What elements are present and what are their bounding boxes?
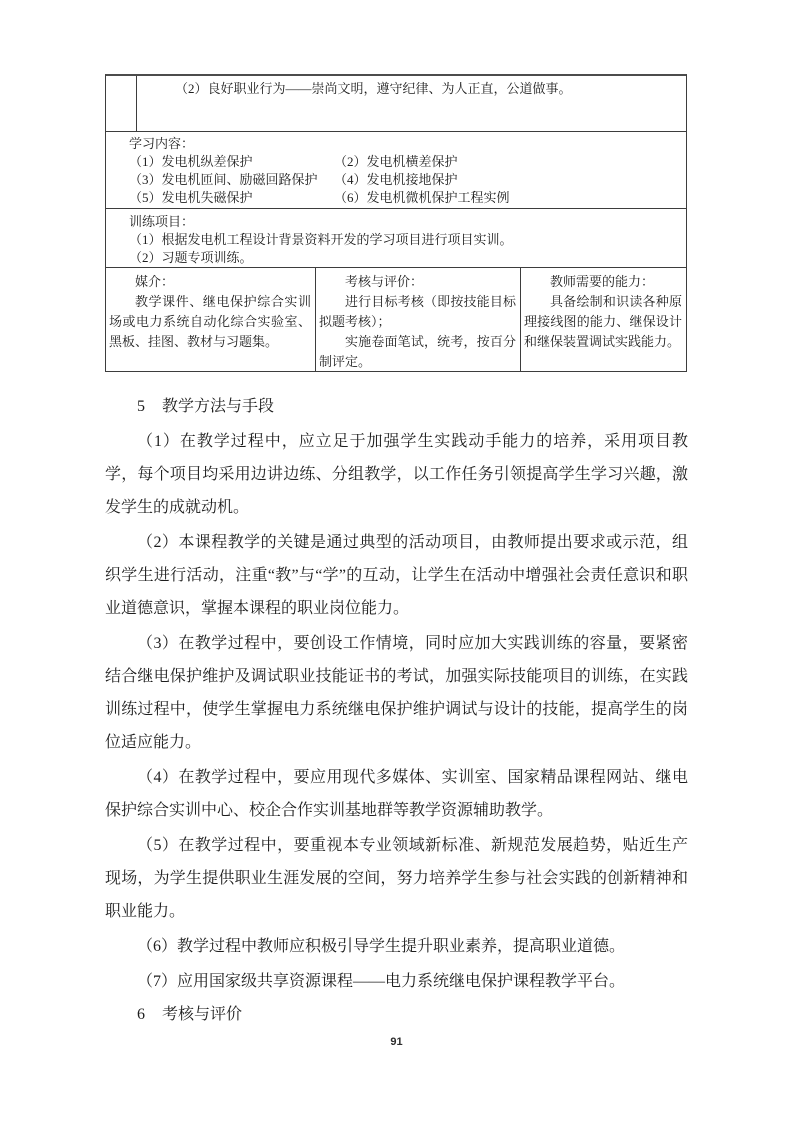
empty-side-cell <box>106 76 137 131</box>
learning-item: （2）发电机横差保护 <box>334 153 458 171</box>
teaching-method-paragraph: （5）在教学过程中，要重视本专业领域新标准、新规范发展趋势，贴近生产现场，为学生… <box>105 829 688 928</box>
assessment-cell: 考核与评价： 进行目标考核（即按技能目标拟题考核）； 实施卷面笔试，统考，按百分… <box>316 268 521 371</box>
occupation-behavior-text: （2）良好职业行为——崇尚文明，遵守纪律、为人正直，公道做事。 <box>137 76 686 131</box>
learning-item: （3）发电机匝间、励磁回路保护 <box>129 171 334 189</box>
course-standard-table: （2）良好职业行为——崇尚文明，遵守纪律、为人正直，公道做事。 学习内容： （1… <box>105 74 687 372</box>
section-heading-5: 5教学方法与手段 <box>105 390 688 423</box>
learning-item: （4）发电机接地保护 <box>334 171 458 189</box>
learning-item-row: （5）发电机失磁保护 （6）发电机微机保护工程实例 <box>129 189 676 207</box>
learning-item: （1）发电机纵差保护 <box>129 153 334 171</box>
assessment-title: 考核与评价： <box>319 272 516 292</box>
teaching-method-paragraph: （2）本课程教学的关键是通过典型的活动项目，由教师提出要求或示范，组织学生进行活… <box>105 526 688 625</box>
learning-item-row: （1）发电机纵差保护 （2）发电机横差保护 <box>129 153 676 171</box>
table-row-media-assessment-ability: 媒介： 教学课件、继电保护综合实训场或电力系统自动化综合实验室、黑板、挂图、教材… <box>106 268 686 371</box>
teacher-ability-title: 教师需要的能力： <box>524 272 682 292</box>
teaching-method-paragraph: （6）教学过程中教师应积极引导学生提升职业素养，提高职业道德。 <box>105 930 688 963</box>
assessment-line: 实施卷面笔试，统考，按百分制评定。 <box>319 332 516 372</box>
table-row-learning-content: 学习内容： （1）发电机纵差保护 （2）发电机横差保护 （3）发电机匝间、励磁回… <box>106 132 686 209</box>
media-cell: 媒介： 教学课件、继电保护综合实训场或电力系统自动化综合实验室、黑板、挂图、教材… <box>106 268 316 371</box>
training-project-item: （2）习题专项训练。 <box>129 249 676 267</box>
section-title: 考核与评价 <box>162 1006 242 1023</box>
table-row-training-projects: 训练项目： （1）根据发电机工程设计背景资料开发的学习项目进行项目实训。 （2）… <box>106 209 686 268</box>
media-title: 媒介： <box>109 272 311 292</box>
learning-item: （5）发电机失磁保护 <box>129 189 334 207</box>
page-number: 91 <box>105 1036 688 1048</box>
section-number: 5 <box>137 398 145 415</box>
section-heading-6: 6考核与评价 <box>105 998 688 1031</box>
learning-content-title: 学习内容： <box>129 135 676 153</box>
document-page: （2）良好职业行为——崇尚文明，遵守纪律、为人正直，公道做事。 学习内容： （1… <box>0 0 792 1122</box>
teaching-method-paragraph: （4）在教学过程中，要应用现代多媒体、实训室、国家精品课程网站、继电保护综合实训… <box>105 761 688 827</box>
section-number: 6 <box>137 1006 145 1023</box>
body-text: 5教学方法与手段 （1）在教学过程中，应立足于加强学生实践动手能力的培养，采用项… <box>105 390 688 1031</box>
table-row-occupation-behavior: （2）良好职业行为——崇尚文明，遵守纪律、为人正直，公道做事。 <box>106 76 686 132</box>
teacher-ability-cell: 教师需要的能力： 具备绘制和识读各种原理接线图的能力、继保设计和继保装置调试实践… <box>521 268 686 371</box>
training-projects-title: 训练项目： <box>129 213 676 231</box>
media-body: 教学课件、继电保护综合实训场或电力系统自动化综合实验室、黑板、挂图、教材与习题集… <box>109 292 311 352</box>
teaching-method-paragraph: （1）在教学过程中，应立足于加强学生实践动手能力的培养，采用项目教学，每个项目均… <box>105 425 688 524</box>
training-project-item: （1）根据发电机工程设计背景资料开发的学习项目进行项目实训。 <box>129 231 676 249</box>
teaching-method-paragraph: （7）应用国家级共享资源课程——电力系统继电保护课程教学平台。 <box>105 965 688 998</box>
section-title: 教学方法与手段 <box>162 398 274 415</box>
teaching-method-paragraph: （3）在教学过程中，要创设工作情境，同时应加大实践训练的容量，要紧密结合继电保护… <box>105 627 688 759</box>
learning-item: （6）发电机微机保护工程实例 <box>334 189 510 207</box>
assessment-line: 进行目标考核（即按技能目标拟题考核）； <box>319 292 516 332</box>
teacher-ability-body: 具备绘制和识读各种原理接线图的能力、继保设计和继保装置调试实践能力。 <box>524 292 682 352</box>
learning-item-row: （3）发电机匝间、励磁回路保护 （4）发电机接地保护 <box>129 171 676 189</box>
